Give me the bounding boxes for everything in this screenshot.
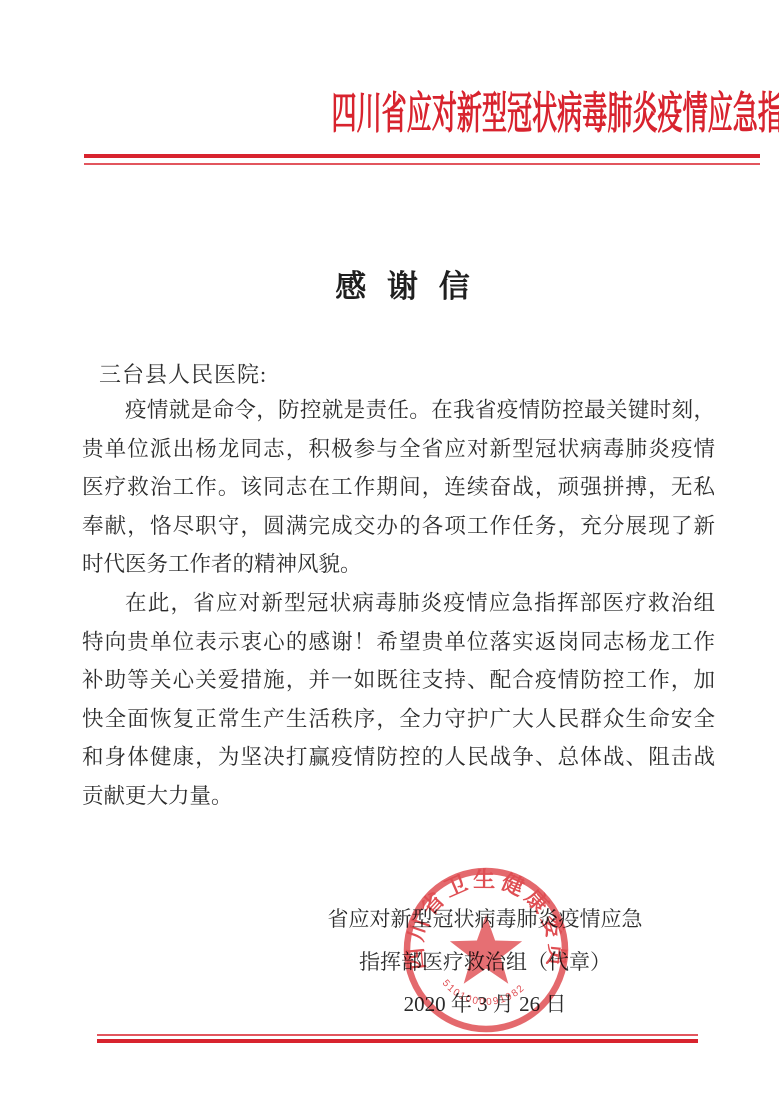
letterhead-org-text: 四川省应对新型冠状病毒肺炎疫情应急指挥部医疗救治组 [332,84,779,144]
header-divider [84,154,760,165]
body-line: 疫情就是命令，防控就是责任。在我省疫情防控最关键时刻， [82,391,715,430]
body-line: 在此，省应对新型冠状病毒肺炎疫情应急指挥部医疗救治组 [82,584,715,623]
seal-number: 5101000091982 [440,978,528,1008]
body-line: 补助等关心关爱措施，并一如既往支持、配合疫情防控工作，加 [82,661,715,700]
letterhead-org: 四川省应对新型冠状病毒肺炎疫情应急指挥部医疗救治组 [95,84,725,144]
footer-divider [97,1034,698,1043]
letter-title: 感 谢 信 [14,261,779,306]
body-line: 医疗救治工作。该同志在工作期间，连续奋战，顽强拼搏，无私 [82,468,715,507]
footer-divider-thick-line [97,1039,698,1043]
body-line: 贡献更大力量。 [82,777,715,816]
salutation: 三台县人民医院: [99,358,267,389]
body-line: 时代医务工作者的精神风貌。 [82,545,715,584]
header-divider-thin-line [84,163,760,165]
body-line: 和身体健康，为坚决打赢疫情防控的人民战争、总体战、阻击战 [82,738,715,777]
body-line: 贵单位派出杨龙同志，积极参与全省应对新型冠状病毒肺炎疫情 [82,430,715,469]
body-line: 特向贵单位表示衷心的感谢！希望贵单位落实返岗同志杨龙工作 [82,623,715,662]
body-line: 快全面恢复正常生产生活秩序，全力守护广大人民群众生命安全 [82,700,715,739]
letter-body: 疫情就是命令，防控就是责任。在我省疫情防控最关键时刻， 贵单位派出杨龙同志，积极… [82,391,715,816]
official-seal: 四川省卫生健康委员会 5101000091982 [400,864,572,1036]
letter-page: 四川省应对新型冠状病毒肺炎疫情应急指挥部医疗救治组 感 谢 信 三台县人民医院:… [0,0,779,1118]
body-line: 奉献，恪尽职守，圆满完成交办的各项工作任务，充分展现了新 [82,507,715,546]
seal-star-icon [450,915,522,984]
footer-divider-thin-line [97,1034,698,1036]
header-divider-thick-line [84,154,760,158]
